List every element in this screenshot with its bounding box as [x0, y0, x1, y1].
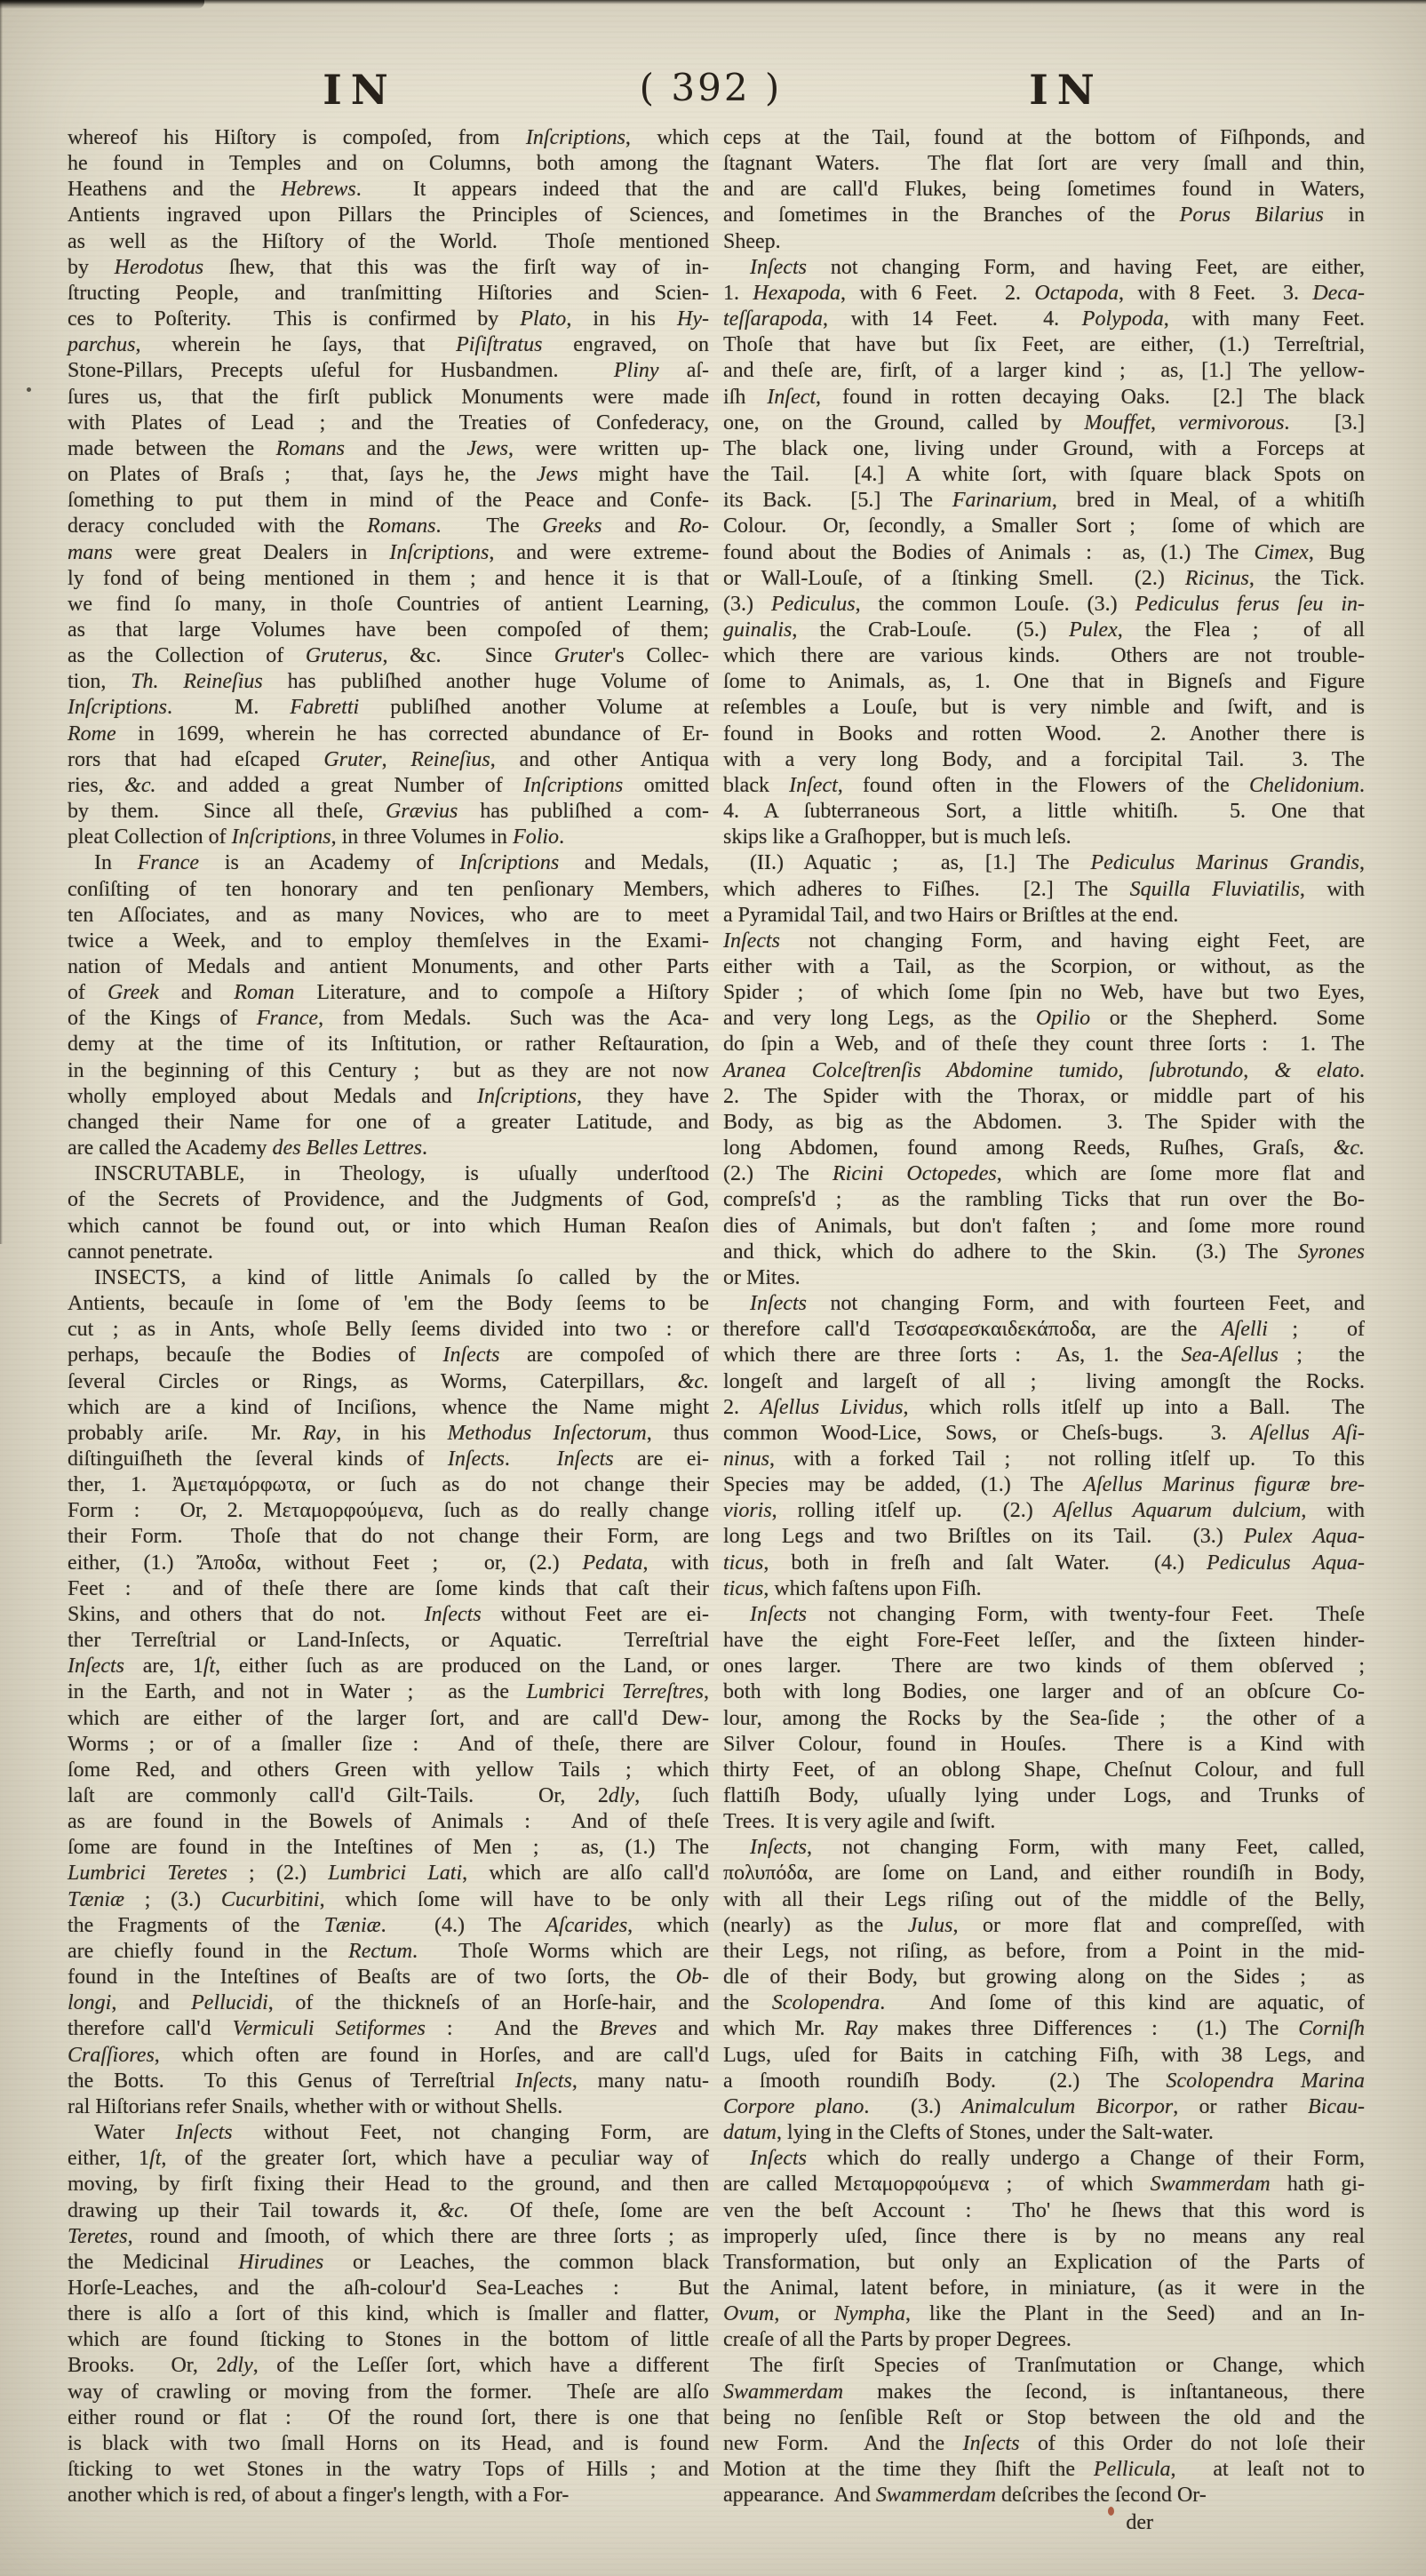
- text-line: the Botts. To this Genus of Terreſtrial …: [68, 2069, 709, 2094]
- text-line: ral Hiſtorians refer Snails, whether wit…: [68, 2094, 709, 2120]
- text-line: either, (1.) Ἄποδα, without Feet ; or, (…: [68, 1551, 709, 1576]
- text-line: ſures us, that the firſt publick Monumen…: [68, 385, 709, 411]
- paragraph: INSCRUTABLE, in Theology, is uſually und…: [68, 1161, 709, 1265]
- text-line: ries, &c. and added a great Number of In…: [68, 773, 709, 799]
- text-line: πολυπόδα, are ſome on Land, and either r…: [723, 1861, 1365, 1886]
- text-line: found in Books and rotten Wood. 2. Anoth…: [723, 722, 1365, 747]
- text-line: their Form. Thoſe that do not change the…: [68, 1524, 709, 1550]
- text-line: ſtructing People, and tranſmitting Hiſto…: [68, 281, 709, 307]
- text-line: found about the Bodies of Animals : as, …: [723, 540, 1365, 566]
- text-line: with Plates of Lead ; and the Treaties o…: [68, 411, 709, 436]
- text-line: Silver Colour, found in Houſes. There is…: [723, 1732, 1365, 1758]
- text-line: which there are three ſorts : As, 1. the…: [723, 1343, 1365, 1368]
- paragraph: Inſects not changing Form, and having Fe…: [723, 255, 1365, 851]
- text-line: as are found in the Bowels of Animals : …: [68, 1809, 709, 1835]
- text-line: of the Secrets of Providence, and the Ju…: [68, 1187, 709, 1213]
- text-line: we find ſo many, in thoſe Countries of a…: [68, 592, 709, 618]
- text-line: a ſmooth roundiſh Body. (2.) The Scolope…: [723, 2069, 1365, 2094]
- text-line: the Tail. [4.] A white ſort, with ſquare…: [723, 462, 1365, 488]
- text-line: cut ; as in Ants, whoſe Belly ſeems divi…: [68, 1317, 709, 1343]
- text-line: black Inſect, found often in the Flowers…: [723, 773, 1365, 799]
- text-line: Species may be added, (1.) The Aſellus M…: [723, 1472, 1365, 1498]
- text-line: both with long Bodies, one larger and of…: [723, 1679, 1365, 1705]
- text-line: way of crawling or moving from the forme…: [68, 2380, 709, 2405]
- page-number: ( 392 ): [640, 66, 783, 109]
- text-line: in the Earth, and not in Water ; as the …: [68, 1679, 709, 1705]
- text-line: INSCRUTABLE, in Theology, is uſually und…: [68, 1161, 709, 1187]
- text-line: are called Μεταμορφούμενα ; of which Swa…: [723, 2172, 1365, 2197]
- text-line: Inſects are, 1ſt, either ſuch as are pro…: [68, 1654, 709, 1679]
- running-head-left: IN: [323, 66, 397, 114]
- text-line: In France is an Academy of Inſcriptions …: [68, 850, 709, 876]
- text-line: Heathens and the Hebrews. It appears ind…: [68, 177, 709, 203]
- text-line: dies of Animals, but don't faſten ; and …: [723, 1214, 1365, 1240]
- text-line: have the eight Fore-Feet leſſer, and the…: [723, 1628, 1365, 1654]
- paragraph: Inſects which do really undergo a Change…: [723, 2146, 1365, 2353]
- running-head-right: IN: [1029, 66, 1103, 114]
- text-line: as well as the Hiſtory of the World. Tho…: [68, 229, 709, 255]
- text-line: being no ſenſible Reſt or Stop between t…: [723, 2405, 1365, 2431]
- text-line: either round or flat : Of the round ſort…: [68, 2405, 709, 2431]
- text-line: made between the Romans and the Jews, we…: [68, 436, 709, 462]
- text-line: one, on the Ground, called by Mouffet, v…: [723, 411, 1365, 436]
- text-line: either, 1ſt, of the greater ſort, which …: [68, 2146, 709, 2172]
- text-line: ticus, both in freſh and ſalt Water. (4.…: [723, 1551, 1365, 1576]
- text-line: ly fond of being mentioned in them ; and…: [68, 566, 709, 592]
- paragraph: (II.) Aquatic ; as, [1.] The Pediculus M…: [723, 850, 1365, 928]
- text-line: reſembles a Louſe, but is very nimble an…: [723, 695, 1365, 721]
- text-line: drawing up their Tail towards it, &c. Of…: [68, 2198, 709, 2224]
- text-line: Lumbrici Teretes ; (2.) Lumbrici Lati, w…: [68, 1861, 709, 1886]
- text-line: Horſe-Leaches, and the aſh-colour'd Sea-…: [68, 2276, 709, 2301]
- text-line: Worms ; or of a ſmaller ſize : And of th…: [68, 1732, 709, 1758]
- text-line: The black one, living under Ground, with…: [723, 436, 1365, 462]
- text-line: Spider ; of which ſome ſpin no Web, have…: [723, 980, 1365, 1006]
- text-line: Antients, becauſe in ſome of 'em the Bod…: [68, 1291, 709, 1317]
- text-line: Transformation, but only an Explication …: [723, 2250, 1365, 2276]
- paragraph: ceps at the Tail, found at the bottom of…: [723, 125, 1365, 255]
- text-line: and are call'd Flukes, being ſometimes f…: [723, 177, 1365, 203]
- text-line: with a very long Body, and a forcipital …: [723, 747, 1365, 773]
- text-line: which are either of the larger ſort, and…: [68, 1706, 709, 1732]
- text-line: by Herodotus ſhew, that this was the fir…: [68, 255, 709, 281]
- text-line: Aranea Colceſtrenſis Abdomine tumido, ſu…: [723, 1058, 1365, 1084]
- text-line: Inſcriptions. M. Fabretti publiſhed anot…: [68, 695, 709, 721]
- text-line: Skins, and others that do not. Inſects w…: [68, 1602, 709, 1628]
- text-line: which are a kind of Inciſions, whence th…: [68, 1395, 709, 1421]
- text-line: Craſſiores, which often are found in Hor…: [68, 2043, 709, 2069]
- text-line: perhaps, becauſe the Bodies of Inſects a…: [68, 1343, 709, 1368]
- text-line: which adheres to Fiſhes. [2.] The Squill…: [723, 877, 1365, 903]
- text-line: Trees. It is very agile and ſwift.: [723, 1809, 1365, 1835]
- text-line: of the Kings of France, from Medals. Suc…: [68, 1006, 709, 1032]
- text-line: the Medicinal Hirudines or Leaches, the …: [68, 2250, 709, 2276]
- text-line: compreſs'd ; as the rambling Ticks that …: [723, 1187, 1365, 1213]
- text-line: and ſometimes in the Branches of the Por…: [723, 203, 1365, 228]
- text-line: Tæniæ ; (3.) Cucurbitini, which ſome wil…: [68, 1887, 709, 1913]
- text-line: moving, by firſt fixing their Head to th…: [68, 2172, 709, 2197]
- text-line: ceps at the Tail, found at the bottom of…: [723, 125, 1365, 151]
- paragraph: In France is an Academy of Inſcriptions …: [68, 850, 709, 1161]
- text-line: Inſects, not changing Form, with many Fe…: [723, 1835, 1365, 1861]
- text-line: as that large Volumes have been compoſed…: [68, 618, 709, 643]
- text-line: are called the Academy des Belles Lettre…: [68, 1136, 709, 1161]
- text-line: (2.) The Ricini Octopedes, which are ſom…: [723, 1161, 1365, 1187]
- text-line: rors that had eſcaped Gruter, Reineſius,…: [68, 747, 709, 773]
- text-line: found in the Inteſtines of Beaſts are of…: [68, 1965, 709, 1990]
- text-line: tion, Th. Reineſius has publiſhed anothe…: [68, 669, 709, 695]
- text-line: Inſects not changing Form, and having ei…: [723, 929, 1365, 954]
- text-line: Corpore plano. (3.) Animalculum Bicorpor…: [723, 2094, 1365, 2120]
- text-line: Water Inſects without Feet, not changing…: [68, 2120, 709, 2146]
- text-line: Inſects not changing Form, with twenty-f…: [723, 1602, 1365, 1628]
- text-line: Rome in 1699, wherein he has corrected a…: [68, 722, 709, 747]
- text-line: ſtagnant Waters. The flat ſort are very …: [723, 151, 1365, 177]
- text-line: Teretes, round and ſmooth, of which ther…: [68, 2224, 709, 2250]
- text-line: there is alſo a ſort of this kind, which…: [68, 2301, 709, 2327]
- text-line: (II.) Aquatic ; as, [1.] The Pediculus M…: [723, 850, 1365, 876]
- text-line: its Back. [5.] The Farinarium, bred in M…: [723, 488, 1365, 514]
- text-line: ſomething to put them in mind of the Pea…: [68, 488, 709, 514]
- scan-edge-left: [0, 0, 3, 1244]
- paragraph: INSECTS, a kind of little Animals ſo cal…: [68, 1265, 709, 2120]
- text-line: 4. A ſubterraneous Sort, a little whitiſ…: [723, 799, 1365, 825]
- text-line: Antients ingraved upon Pillars the Princ…: [68, 203, 709, 228]
- text-line: the Scolopendra. And ſome of this kind a…: [723, 1990, 1365, 2016]
- text-line: which there are various kinds. Others ar…: [723, 643, 1365, 669]
- text-line: ninus, with a forked Tail ; not rolling …: [723, 1447, 1365, 1472]
- text-line: longi, and Pellucidi, of the thickneſs o…: [68, 1990, 709, 2016]
- text-line: are chiefly found in the Rectum. Thoſe W…: [68, 1939, 709, 1965]
- paragraph: Inſects not changing Form, and with four…: [723, 1291, 1365, 1602]
- text-line: Lugs, uſed for Baits in catching Fiſh, w…: [723, 2043, 1365, 2069]
- text-line: parchus, wherein he ſays, that Piſiſtrat…: [68, 332, 709, 358]
- text-line: vioris, rolling itſelf up. (2.) Aſellus …: [723, 1498, 1365, 1524]
- text-line: another which is red, of about a finger'…: [68, 2483, 709, 2508]
- text-line: wholly employed about Medals and Inſcrip…: [68, 1084, 709, 1110]
- text-line: INSECTS, a kind of little Animals ſo cal…: [68, 1265, 709, 1291]
- text-line: ther Terreſtrial or Land-Inſects, or Aqu…: [68, 1628, 709, 1654]
- text-line: mans were great Dealers in Inſcriptions,…: [68, 540, 709, 566]
- text-line: Thoſe that have but ſix Feet, are either…: [723, 332, 1365, 358]
- text-line: Body, as big as the Abdomen. 3. The Spid…: [723, 1110, 1365, 1136]
- text-line: whereof his Hiſtory is compoſed, from In…: [68, 125, 709, 151]
- scan-edge-top: [0, 0, 1426, 4]
- text-line: is black with two ſmall Horns on its Hea…: [68, 2431, 709, 2457]
- text-line: a Pyramidal Tail, and two Hairs or Briſt…: [723, 903, 1365, 929]
- paragraph: Inſects not changing Form, and having ei…: [723, 929, 1365, 1291]
- text-line: deracy concluded with the Romans. The Gr…: [68, 514, 709, 539]
- text-line: of Greek and Roman Literature, and to co…: [68, 980, 709, 1006]
- text-line: cannot penetrate.: [68, 1240, 709, 1265]
- text-line: nation of Medals and antient Monuments, …: [68, 954, 709, 980]
- text-line: or Mites.: [723, 1265, 1365, 1291]
- text-line: pleat Collection of Inſcriptions, in thr…: [68, 825, 709, 850]
- text-line: ſticking to wet Stones in the watry Tops…: [68, 2457, 709, 2483]
- text-line: demy at the time of its Inſtitution, or …: [68, 1032, 709, 1057]
- text-line: longeſt and largeſt of all ; living amon…: [723, 1369, 1365, 1395]
- book-page: IN ( 392 ) IN whereof his Hiſtory is com…: [0, 0, 1426, 2576]
- text-line: or Wall-Louſe, of a ſtinking Smell. (2.)…: [723, 566, 1365, 592]
- text-line: thirty Feet, of an oblong Shape, Cheſnut…: [723, 1758, 1365, 1783]
- text-line: long Abdomen, found among Reeds, Ruſhes,…: [723, 1136, 1365, 1161]
- text-line: lour, among the Rocks by the Sea-ſide ; …: [723, 1706, 1365, 1732]
- paragraph: Inſects not changing Form, with twenty-f…: [723, 1602, 1365, 1835]
- text-line: Sheep.: [723, 229, 1365, 255]
- text-line: ven the beſt Account : Tho' he ſhews tha…: [723, 2198, 1365, 2224]
- text-line: (3.) Pediculus, the common Louſe. (3.) P…: [723, 592, 1365, 618]
- text-line: diſtinguiſheth the ſeveral kinds of Inſe…: [68, 1447, 709, 1472]
- text-line: ſeveral Circles or Rings, as Worms, Cate…: [68, 1369, 709, 1395]
- text-line: flattiſh Body, uſually lying under Logs,…: [723, 1783, 1365, 1809]
- text-line: twice a Week, and to employ themſelves i…: [68, 929, 709, 954]
- text-column-left: whereof his Hiſtory is compoſed, from In…: [68, 125, 709, 2508]
- text-line: 2. Aſellus Lividus, which rolls itſelf u…: [723, 1395, 1365, 1421]
- text-line: skips like a Graſhopper, but is much leſ…: [723, 825, 1365, 850]
- text-line: improperly uſed, ſince there is by no me…: [723, 2224, 1365, 2250]
- text-line: Inſects not changing Form, and with four…: [723, 1291, 1365, 1317]
- text-line: therefore call'd Τεσσαρεσκαιδεκάποδα, ar…: [723, 1317, 1365, 1343]
- text-line: ten Aſſociates, and as many Novices, who…: [68, 903, 709, 929]
- text-line: on Plates of Braſs ; that, ſays he, the …: [68, 462, 709, 488]
- text-line: Form : Or, 2. Μεταμορφούμενα, ſuch as do…: [68, 1498, 709, 1524]
- text-line: The firſt Species of Tranſmutation or Ch…: [723, 2353, 1365, 2379]
- text-line: ſome Red, and others Green with yellow T…: [68, 1758, 709, 1783]
- text-line: therefore call'd Vermiculi Setiformes : …: [68, 2016, 709, 2042]
- text-line: which are found ſticking to Stones in th…: [68, 2327, 709, 2353]
- text-line: 1. Hexapoda, with 6 Feet. 2. Octapoda, w…: [723, 281, 1365, 307]
- text-line: guinalis, the Crab-Louſe. (5.) Pulex, th…: [723, 618, 1365, 643]
- text-line: ther, 1. Ἀμεταμόρφωτα, or ſuch as do not…: [68, 1472, 709, 1498]
- text-line: ſome are found in the Inteſtines of Men …: [68, 1835, 709, 1861]
- text-line: dle of their Body, but growing along on …: [723, 1965, 1365, 1990]
- text-line: he found in Temples and on Columns, both…: [68, 151, 709, 177]
- text-line: ticus, which faſtens upon Fiſh.: [723, 1576, 1365, 1602]
- text-line: changed their Name for one of a greater …: [68, 1110, 709, 1136]
- text-line: with all their Legs riſing out of the mi…: [723, 1887, 1365, 1913]
- text-line: by them. Since all theſe, Grævius has pu…: [68, 799, 709, 825]
- text-column-right: ceps at the Tail, found at the bottom of…: [723, 125, 1365, 2537]
- text-line: long Legs and two Briſtles on its Tail. …: [723, 1524, 1365, 1550]
- text-line: Inſects which do really undergo a Change…: [723, 2146, 1365, 2172]
- text-line: datum, lying in the Clefts of Stones, un…: [723, 2120, 1365, 2146]
- text-line: either with a Tail, as the Scorpion, or …: [723, 954, 1365, 980]
- text-line: as the Collection of Gruterus, &c. Since…: [68, 643, 709, 669]
- text-line: Brooks. Or, 2dly, of the Leſſer ſort, wh…: [68, 2353, 709, 2379]
- text-line: which Mr. Ray makes three Differences : …: [723, 2016, 1365, 2042]
- text-line: Inſects not changing Form, and having Fe…: [723, 255, 1365, 281]
- text-line: which cannot be found out, or into which…: [68, 1214, 709, 1240]
- text-line: do ſpin a Web, and of theſe they count t…: [723, 1032, 1365, 1057]
- text-line: creaſe of all the Parts by proper Degree…: [723, 2327, 1365, 2353]
- text-line: Stone-Pillars, Precepts uſeful for Husba…: [68, 358, 709, 384]
- paragraph: The firſt Species of Tranſmutation or Ch…: [723, 2353, 1365, 2508]
- text-line: probably ariſe. Mr. Ray, in his Methodus…: [68, 1421, 709, 1447]
- paragraph: Inſects, not changing Form, with many Fe…: [723, 1835, 1365, 2146]
- text-line: ces to Poſterity. This is confirmed by P…: [68, 307, 709, 332]
- text-line: ones larger. There are two kinds of them…: [723, 1654, 1365, 1679]
- text-line: teſſarapoda, with 14 Feet. 4. Polypoda, …: [723, 307, 1365, 332]
- text-line: ſome to Animals, as, 1. One that in Bign…: [723, 669, 1365, 695]
- text-line: their Legs, not riſing, as before, from …: [723, 1939, 1365, 1965]
- scan-corner-top-left: [0, 0, 204, 9]
- text-line: in the beginning of this Century ; but a…: [68, 1058, 709, 1084]
- text-line: 2. The Spider with the Thorax, or middle…: [723, 1084, 1365, 1110]
- text-line: new Form. And the Inſects of this Order …: [723, 2431, 1365, 2457]
- text-line: Colour. Or, ſecondly, a Smaller Sort ; ſ…: [723, 514, 1365, 539]
- text-line: Ovum, or Nympha, like the Plant in the S…: [723, 2301, 1365, 2327]
- text-line: the Animal, latent before, in miniature,…: [723, 2276, 1365, 2301]
- text-line: Motion at the time they ſhift the Pellic…: [723, 2457, 1365, 2483]
- red-ink-speck: [1108, 2507, 1114, 2516]
- text-line: appearance. And Swammerdam deſcribes the…: [723, 2483, 1365, 2508]
- catchword: der: [723, 2510, 1365, 2536]
- text-line: iſh Inſect, found in rotten decaying Oak…: [723, 385, 1365, 411]
- text-line: Swammerdam makes the ſecond, is inſtanta…: [723, 2380, 1365, 2405]
- text-line: and very long Legs, as the Opilio or the…: [723, 1006, 1365, 1032]
- paragraph: Water Inſects without Feet, not changing…: [68, 2120, 709, 2508]
- text-line: (nearly) as the Julus, or more flat and …: [723, 1913, 1365, 1939]
- text-line: and theſe are, firſt, of a larger kind ;…: [723, 358, 1365, 384]
- paragraph: whereof his Hiſtory is compoſed, from In…: [68, 125, 709, 850]
- text-line: common Wood-Lice, Sows, or Cheſs-bugs. 3…: [723, 1421, 1365, 1447]
- text-line: the Fragments of the Tæniæ. (4.) The Aſc…: [68, 1913, 709, 1939]
- text-line: and thick, which do adhere to the Skin. …: [723, 1240, 1365, 1265]
- text-line: Feet : and of theſe there are ſome kinds…: [68, 1576, 709, 1602]
- ink-speck: [27, 387, 31, 392]
- text-line: laſt are commonly call'd Gilt-Tails. Or,…: [68, 1783, 709, 1809]
- text-line: conſiſting of ten honorary and ten penſi…: [68, 877, 709, 903]
